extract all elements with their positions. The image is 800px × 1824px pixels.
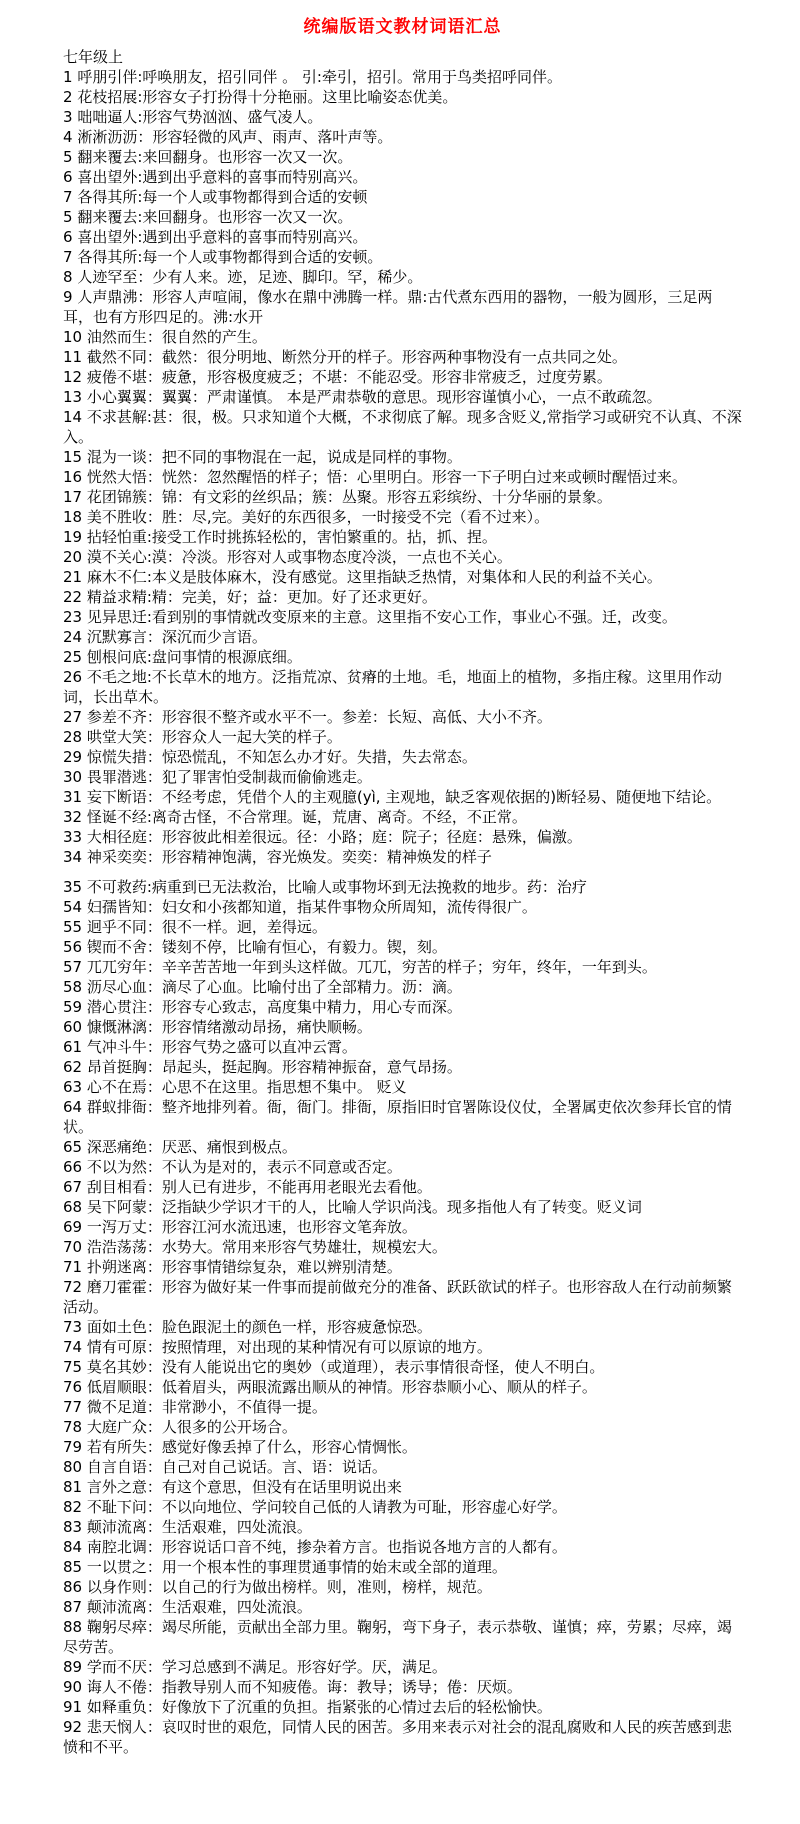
entry: 79 若有所失：感觉好像丢掉了什么，形容心情惆怅。 (63, 1437, 742, 1457)
entry: 70 浩浩荡荡：水势大。常用来形容气势雄壮，规模宏大。 (63, 1237, 742, 1257)
entry: 10 油然而生：很自然的产生。 (63, 327, 742, 347)
entry: 83 颠沛流离：生活艰难，四处流浪。 (63, 1517, 742, 1537)
entry-number: 58 (63, 978, 82, 996)
entry: 19 拈轻怕重:接受工作时挑拣轻松的，害怕繁重的。拈，抓、捏。 (63, 527, 742, 547)
entry-number: 74 (63, 1338, 82, 1356)
entry-text: 精益求精:精：完美，好；益：更加。好了还求更好。 (87, 588, 437, 606)
entry: 28 哄堂大笑：形容众人一起大笑的样子。 (63, 727, 742, 747)
entry: 4 淅淅沥沥：形容轻微的风声、雨声、落叶声等。 (63, 127, 742, 147)
entry-number: 7 (63, 248, 73, 266)
entry: 62 昂首挺胸：昂起头，挺起胸。形容精神振奋，意气昂扬。 (63, 1057, 742, 1077)
entry-number: 80 (63, 1458, 82, 1476)
entry-number: 82 (63, 1498, 82, 1516)
entry: 6 喜出望外:遇到出乎意料的喜事而特别高兴。 (63, 167, 742, 187)
entry-text: 沉默寡言：深沉而少言语。 (87, 628, 267, 646)
entry-number: 3 (63, 108, 73, 126)
entry: 85 一以贯之：用一个根本性的事理贯通事情的始末或全部的道理。 (63, 1557, 742, 1577)
entry-number: 87 (63, 1598, 82, 1616)
entry: 66 不以为然：不认为是对的，表示不同意或否定。 (63, 1157, 742, 1177)
entry: 34 神采奕奕：形容精神饱满，容光焕发。奕奕：精神焕发的样子 (63, 847, 742, 867)
entry: 26 不毛之地:不长草木的地方。泛指荒凉、贫瘠的土地。毛，地面上的植物，多指庄稼… (63, 667, 742, 707)
entry: 68 吴下阿蒙：泛指缺少学识才干的人，比喻人学识尚浅。现多指他人有了转变。贬义词 (63, 1197, 742, 1217)
entry-number: 86 (63, 1578, 82, 1596)
entry-number: 77 (63, 1398, 82, 1416)
entry: 55 迥乎不同：很不一样。迥，差得远。 (63, 917, 742, 937)
entry-text: 小心翼翼：翼翼：严肃谨慎。 本是严肃恭敬的意思。现形容谨慎小心，一点不敢疏忽。 (87, 388, 662, 406)
entry-text: 妄下断语：不经考虑，凭借个人的主观臆(yì, 主观地，缺乏客观依据的)断轻易、随… (87, 788, 721, 806)
entry: 9 人声鼎沸：形容人声喧闹，像水在鼎中沸腾一样。鼎:古代煮东西用的器物，一般为圆… (63, 287, 742, 327)
entry-text: 不求甚解:甚：很，极。只求知道个大概，不求彻底了解。现多含贬义,常指学习或研究不… (63, 408, 742, 446)
entry-text: 参差不齐：形容很不整齐或水平不一。参差：长短、高低、大小不齐。 (87, 708, 552, 726)
entry-text: 鞠躬尽瘁：竭尽所能，贡献出全部力里。鞠躬，弯下身子，表示恭敬、谨慎；瘁，劳累；尽… (63, 1618, 732, 1656)
entry: 84 南腔北调：形容说话口音不纯，掺杂着方言。也指说各地方言的人都有。 (63, 1537, 742, 1557)
entry-text: 沥尽心血：滴尽了心血。比喻付出了全部精力。沥：滴。 (87, 978, 462, 996)
entry: 54 妇孺皆知：妇女和小孩都知道，指某件事物众所周知，流传得很广。 (63, 897, 742, 917)
entry-text: 不以为然：不认为是对的，表示不同意或否定。 (87, 1158, 402, 1176)
entry: 33 大相径庭：形容彼此相差很远。径：小路；庭：院子；径庭：悬殊，偏激。 (63, 827, 742, 847)
entry-number: 68 (63, 1198, 82, 1216)
entry-text: 扑朔迷离：形容事情错综复杂，难以辨别清楚。 (87, 1258, 402, 1276)
entry-text: 美不胜收：胜：尽,完。美好的东西很多，一时接受不完（看不过来）。 (87, 508, 549, 526)
entry: 23 见异思迁:看到别的事情就改变原来的主意。这里指不安心工作，事业心不强。迁，… (63, 607, 742, 627)
entry-number: 92 (63, 1718, 82, 1736)
entry-text: 大庭广众：人很多的公开场合。 (87, 1418, 297, 1436)
entry-text: 以身作则：以自己的行为做出榜样。则，准则，榜样，规范。 (87, 1578, 492, 1596)
entry-number: 24 (63, 628, 82, 646)
entry-number: 35 (63, 878, 82, 896)
entry: 78 大庭广众：人很多的公开场合。 (63, 1417, 742, 1437)
entry-text: 群蚁排衙：整齐地排列着。衙，衙门。排衙，原指旧时官署陈设仪仗，全署属吏依次参拜长… (63, 1098, 732, 1136)
entry: 72 磨刀霍霍：形容为做好某一件事而提前做充分的准备、跃跃欲试的样子。也形容敌人… (63, 1277, 742, 1317)
entry: 60 慷慨淋漓：形容情绪激动昂扬，痛快顺畅。 (63, 1017, 742, 1037)
entry-text: 人声鼎沸：形容人声喧闹，像水在鼎中沸腾一样。鼎:古代煮东西用的器物，一般为圆形，… (63, 288, 712, 326)
entry-number: 54 (63, 898, 82, 916)
entry-text: 喜出望外:遇到出乎意料的喜事而特别高兴。 (77, 168, 367, 186)
entry-text: 呼朋引伴:呼唤朋友，招引同伴 。 引:牵引，招引。常用于鸟类招呼同伴。 (77, 68, 562, 86)
entry: 12 疲倦不堪：疲惫，形容极度疲乏；不堪：不能忍受。形容非常疲乏，过度劳累。 (63, 367, 742, 387)
entry: 15 混为一谈：把不同的事物混在一起，说成是同样的事物。 (63, 447, 742, 467)
entry-number: 31 (63, 788, 82, 806)
entry-text: 言外之意：有这个意思，但没有在话里明说出来 (87, 1478, 402, 1496)
entry: 16 恍然大悟：恍然：忽然醒悟的样子；悟：心里明白。形容一下子明白过来或顿时醒悟… (63, 467, 742, 487)
entry-text: 南腔北调：形容说话口音不纯，掺杂着方言。也指说各地方言的人都有。 (87, 1538, 567, 1556)
entry-number: 6 (63, 228, 73, 246)
entry-number: 21 (63, 568, 82, 586)
entry-text: 各得其所:每一个人或事物都得到合适的安顿 (77, 188, 367, 206)
entry-text: 怪诞不经:离奇古怪，不合常理。诞，荒唐、离奇。不经，不正常。 (87, 808, 527, 826)
entry-number: 65 (63, 1138, 82, 1156)
entry-number: 10 (63, 328, 82, 346)
entry-text: 若有所失：感觉好像丢掉了什么，形容心情惆怅。 (87, 1438, 417, 1456)
entry-text: 恍然大悟：恍然：忽然醒悟的样子；悟：心里明白。形容一下子明白过来或顿时醒悟过来。 (87, 468, 687, 486)
entry: 3 咄咄逼人:形容气势汹汹、盛气凌人。 (63, 107, 742, 127)
entry: 80 自言自语：自己对自己说话。言、语：说话。 (63, 1457, 742, 1477)
entry: 7 各得其所:每一个人或事物都得到合适的安顿 (63, 187, 742, 207)
entry-number: 90 (63, 1678, 82, 1696)
entry: 27 参差不齐：形容很不整齐或水平不一。参差：长短、高低、大小不齐。 (63, 707, 742, 727)
entry: 69 一泻万丈：形容江河水流迅速，也形容文笔奔放。 (63, 1217, 742, 1237)
entry-number: 59 (63, 998, 82, 1016)
entry-text: 花枝招展:形容女子打扮得十分艳丽。这里比喻姿态优美。 (77, 88, 457, 106)
entry-text: 油然而生：很自然的产生。 (87, 328, 267, 346)
entry-text: 不可救药:病重到已无法救治，比喻人或事物坏到无法挽救的地步。药：治疗 (87, 878, 587, 896)
entry-number: 89 (63, 1658, 82, 1676)
document-title: 统编版语文教材词语汇总 (63, 16, 742, 38)
entry-text: 不耻下问：不以向地位、学问较自己低的人请教为可耻，形容虚心好学。 (87, 1498, 567, 1516)
entry-number: 91 (63, 1698, 82, 1716)
entry-number: 72 (63, 1278, 82, 1296)
entry-text: 翻来覆去:来回翻身。也形容一次又一次。 (77, 208, 352, 226)
entry-number: 85 (63, 1558, 82, 1576)
entry-text: 诲人不倦：指教导别人而不知疲倦。诲：教导；诱导；倦：厌烦。 (87, 1678, 522, 1696)
entry-text: 低眉顺眼：低着眉头，两眼流露出顺从的神情。形容恭顺小心、顺从的样子。 (87, 1378, 597, 1396)
entry-number: 8 (63, 268, 73, 286)
entry-text: 昂首挺胸：昂起头，挺起胸。形容精神振奋，意气昂扬。 (87, 1058, 462, 1076)
entry-text: 疲倦不堪：疲惫，形容极度疲乏；不堪：不能忍受。形容非常疲乏，过度劳累。 (87, 368, 612, 386)
entry-number: 22 (63, 588, 82, 606)
entry-text: 慷慨淋漓：形容情绪激动昂扬，痛快顺畅。 (87, 1018, 372, 1036)
entry-number: 78 (63, 1418, 82, 1436)
entry-number: 9 (63, 288, 73, 306)
entry-number: 15 (63, 448, 82, 466)
entry: 82 不耻下问：不以向地位、学问较自己低的人请教为可耻，形容虚心好学。 (63, 1497, 742, 1517)
entry-text: 莫名其妙：没有人能说出它的奥妙（或道理），表示事情很奇怪，使人不明白。 (87, 1358, 605, 1376)
entry-number: 1 (63, 68, 73, 86)
entry: 17 花团锦簇：锦：有文彩的丝织品；簇：丛聚。形容五彩缤纷、十分华丽的景象。 (63, 487, 742, 507)
entry-number: 16 (63, 468, 82, 486)
entry-number: 18 (63, 508, 82, 526)
entry: 65 深恶痛绝：厌恶、痛恨到极点。 (63, 1137, 742, 1157)
entry: 92 悲天悯人：哀叹时世的艰危，同情人民的困苦。多用来表示对社会的混乱腐败和人民… (63, 1717, 742, 1757)
entry: 30 畏罪潜逃：犯了罪害怕受制裁而偷偷逃走。 (63, 767, 742, 787)
entry: 73 面如土色：脸色跟泥土的颜色一样，形容疲惫惊恐。 (63, 1317, 742, 1337)
entry-number: 73 (63, 1318, 82, 1336)
entry: 14 不求甚解:甚：很，极。只求知道个大概，不求彻底了解。现多含贬义,常指学习或… (63, 407, 742, 447)
entry-number: 11 (63, 348, 82, 366)
entry-text: 微不足道：非常渺小，不值得一提。 (87, 1398, 327, 1416)
entry-number: 66 (63, 1158, 82, 1176)
entry-number: 55 (63, 918, 82, 936)
entry-number: 29 (63, 748, 82, 766)
entry: 87 颠沛流离：生活艰难，四处流浪。 (63, 1597, 742, 1617)
entry: 20 漠不关心:漠：冷淡。形容对人或事物态度冷淡，一点也不关心。 (63, 547, 742, 567)
entry-number: 4 (63, 128, 73, 146)
entry: 32 怪诞不经:离奇古怪，不合常理。诞，荒唐、离奇。不经，不正常。 (63, 807, 742, 827)
entry: 67 刮目相看：别人已有进步，不能再用老眼光去看他。 (63, 1177, 742, 1197)
entry-number: 81 (63, 1478, 82, 1496)
entry: 77 微不足道：非常渺小，不值得一提。 (63, 1397, 742, 1417)
entry-number: 76 (63, 1378, 82, 1396)
entry-number: 27 (63, 708, 82, 726)
entry-number: 17 (63, 488, 82, 506)
entry-text: 颠沛流离：生活艰难，四处流浪。 (87, 1598, 312, 1616)
entry: 61 气冲斗牛：形容气势之盛可以直冲云霄。 (63, 1037, 742, 1057)
entry: 5 翻来覆去:来回翻身。也形容一次又一次。 (63, 147, 742, 167)
entry-list: 1 呼朋引伴:呼唤朋友，招引同伴 。 引:牵引，招引。常用于鸟类招呼同伴。2 花… (63, 67, 742, 1757)
entry-text: 妇孺皆知：妇女和小孩都知道，指某件事物众所周知，流传得很广。 (87, 898, 537, 916)
entry: 8 人迹罕至：少有人来。迹，足迹、脚印。罕，稀少。 (63, 267, 742, 287)
entry: 88 鞠躬尽瘁：竭尽所能，贡献出全部力里。鞠躬，弯下身子，表示恭敬、谨慎；瘁，劳… (63, 1617, 742, 1657)
entry-number: 88 (63, 1618, 82, 1636)
entry-text: 悲天悯人：哀叹时世的艰危，同情人民的困苦。多用来表示对社会的混乱腐败和人民的疾苦… (63, 1718, 732, 1756)
entry-text: 吴下阿蒙：泛指缺少学识才干的人，比喻人学识尚浅。现多指他人有了转变。贬义词 (87, 1198, 642, 1216)
entry-number: 30 (63, 768, 82, 786)
entry-text: 迥乎不同：很不一样。迥，差得远。 (87, 918, 327, 936)
entry-text: 不毛之地:不长草木的地方。泛指荒凉、贫瘠的土地。毛，地面上的植物，多指庄稼。这里… (63, 668, 722, 706)
entry-text: 浩浩荡荡：水势大。常用来形容气势雄壮，规模宏大。 (87, 1238, 447, 1256)
entry: 11 截然不同：截然：很分明地、断然分开的样子。形容两种事物没有一点共同之处。 (63, 347, 742, 367)
entry-text: 兀兀穷年：辛辛苦苦地一年到头这样做。兀兀，穷苦的样子；穷年，终年，一年到头。 (87, 958, 657, 976)
entry: 31 妄下断语：不经考虑，凭借个人的主观臆(yì, 主观地，缺乏客观依据的)断轻… (63, 787, 742, 807)
entry: 29 惊慌失措：惊恐慌乱，不知怎么办才好。失措，失去常态。 (63, 747, 742, 767)
entry-number: 2 (63, 88, 73, 106)
entry: 7 各得其所:每一个人或事物都得到合适的安顿。 (63, 247, 742, 267)
entry-text: 心不在焉：心思不在这里。指思想不集中。 贬义 (87, 1078, 407, 1096)
entry-number: 75 (63, 1358, 82, 1376)
entry-text: 喜出望外:遇到出乎意料的喜事而特别高兴。 (77, 228, 367, 246)
entry-text: 花团锦簇：锦：有文彩的丝织品；簇：丛聚。形容五彩缤纷、十分华丽的景象。 (87, 488, 612, 506)
entry-number: 25 (63, 648, 82, 666)
entry-text: 气冲斗牛：形容气势之盛可以直冲云霄。 (87, 1038, 357, 1056)
entry-text: 拈轻怕重:接受工作时挑拣轻松的，害怕繁重的。拈，抓、捏。 (87, 528, 497, 546)
entry-number: 32 (63, 808, 82, 826)
entry-number: 33 (63, 828, 82, 846)
entry: 76 低眉顺眼：低着眉头，两眼流露出顺从的神情。形容恭顺小心、顺从的样子。 (63, 1377, 742, 1397)
entry-text: 锲而不舍：镂刻不停，比喻有恒心，有毅力。锲，刻。 (87, 938, 447, 956)
entry-number: 67 (63, 1178, 82, 1196)
entry-number: 84 (63, 1538, 82, 1556)
section-heading: 七年级上 (63, 47, 742, 67)
entry: 56 锲而不舍：镂刻不停，比喻有恒心，有毅力。锲，刻。 (63, 937, 742, 957)
entry-number: 60 (63, 1018, 82, 1036)
entry: 5 翻来覆去:来回翻身。也形容一次又一次。 (63, 207, 742, 227)
entry: 63 心不在焉：心思不在这里。指思想不集中。 贬义 (63, 1077, 742, 1097)
entry-number: 71 (63, 1258, 82, 1276)
entry-text: 翻来覆去:来回翻身。也形容一次又一次。 (77, 148, 352, 166)
entry-text: 深恶痛绝：厌恶、痛恨到极点。 (87, 1138, 297, 1156)
entry-text: 磨刀霍霍：形容为做好某一件事而提前做充分的准备、跃跃欲试的样子。也形容敌人在行动… (63, 1278, 732, 1316)
entry: 57 兀兀穷年：辛辛苦苦地一年到头这样做。兀兀，穷苦的样子；穷年，终年，一年到头… (63, 957, 742, 977)
entry: 2 花枝招展:形容女子打扮得十分艳丽。这里比喻姿态优美。 (63, 87, 742, 107)
entry-number: 79 (63, 1438, 82, 1456)
entry-text: 一以贯之：用一个根本性的事理贯通事情的始末或全部的道理。 (87, 1558, 507, 1576)
entry: 1 呼朋引伴:呼唤朋友，招引同伴 。 引:牵引，招引。常用于鸟类招呼同伴。 (63, 67, 742, 87)
entry-number: 28 (63, 728, 82, 746)
entry-text: 大相径庭：形容彼此相差很远。径：小路；庭：院子；径庭：悬殊，偏激。 (87, 828, 582, 846)
entry-text: 混为一谈：把不同的事物混在一起，说成是同样的事物。 (87, 448, 462, 466)
entry-number: 56 (63, 938, 82, 956)
entry-text: 刨根问底:盘问事情的根源底细。 (87, 648, 302, 666)
entry-number: 69 (63, 1218, 82, 1236)
entry-number: 14 (63, 408, 82, 426)
entry: 64 群蚁排衙：整齐地排列着。衙，衙门。排衙，原指旧时官署陈设仪仗，全署属吏依次… (63, 1097, 742, 1137)
entry: 35 不可救药:病重到已无法救治，比喻人或事物坏到无法挽救的地步。药：治疗 (63, 877, 742, 897)
entry-text: 潜心贯注：形容专心致志，高度集中精力，用心专而深。 (87, 998, 462, 1016)
entry: 18 美不胜收：胜：尽,完。美好的东西很多，一时接受不完（看不过来）。 (63, 507, 742, 527)
entry-number: 12 (63, 368, 82, 386)
entry-number: 26 (63, 668, 82, 686)
entry: 59 潜心贯注：形容专心致志，高度集中精力，用心专而深。 (63, 997, 742, 1017)
entry: 74 情有可原：按照情理，对出现的某种情况有可以原谅的地方。 (63, 1337, 742, 1357)
entry-number: 34 (63, 848, 82, 866)
entry-text: 如释重负：好像放下了沉重的负担。指紧张的心情过去后的轻松愉快。 (87, 1698, 552, 1716)
entry: 25 刨根问底:盘问事情的根源底细。 (63, 647, 742, 667)
entry-number: 6 (63, 168, 73, 186)
entry-text: 畏罪潜逃：犯了罪害怕受制裁而偷偷逃走。 (87, 768, 372, 786)
entry-number: 57 (63, 958, 82, 976)
entry-number: 13 (63, 388, 82, 406)
entry: 91 如释重负：好像放下了沉重的负担。指紧张的心情过去后的轻松愉快。 (63, 1697, 742, 1717)
entry-text: 一泻万丈：形容江河水流迅速，也形容文笔奔放。 (87, 1218, 417, 1236)
entry-text: 见异思迁:看到别的事情就改变原来的主意。这里指不安心工作，事业心不强。迁，改变。 (87, 608, 677, 626)
entry: 71 扑朔迷离：形容事情错综复杂，难以辨别清楚。 (63, 1257, 742, 1277)
entry: 58 沥尽心血：滴尽了心血。比喻付出了全部精力。沥：滴。 (63, 977, 742, 997)
entry-number: 61 (63, 1038, 82, 1056)
entry-number: 7 (63, 188, 73, 206)
entry-text: 哄堂大笑：形容众人一起大笑的样子。 (87, 728, 342, 746)
entry-text: 漠不关心:漠：冷淡。形容对人或事物态度冷淡，一点也不关心。 (87, 548, 512, 566)
page: { "page": { "title": "统编版语文教材词语汇总", "tit… (0, 0, 800, 1824)
entry: 13 小心翼翼：翼翼：严肃谨慎。 本是严肃恭敬的意思。现形容谨慎小心，一点不敢疏… (63, 387, 742, 407)
entry-number: 19 (63, 528, 82, 546)
entry-text: 咄咄逼人:形容气势汹汹、盛气凌人。 (77, 108, 322, 126)
entry-number: 5 (63, 148, 73, 166)
entry-text: 人迹罕至：少有人来。迹，足迹、脚印。罕，稀少。 (77, 268, 422, 286)
entry-text: 情有可原：按照情理，对出现的某种情况有可以原谅的地方。 (87, 1338, 492, 1356)
entry-text: 颠沛流离：生活艰难，四处流浪。 (87, 1518, 312, 1536)
entry-number: 23 (63, 608, 82, 626)
entry-text: 刮目相看：别人已有进步，不能再用老眼光去看他。 (87, 1178, 432, 1196)
entry-number: 63 (63, 1078, 82, 1096)
entry: 90 诲人不倦：指教导别人而不知疲倦。诲：教导；诱导；倦：厌烦。 (63, 1677, 742, 1697)
entry-number: 62 (63, 1058, 82, 1076)
entry-text: 淅淅沥沥：形容轻微的风声、雨声、落叶声等。 (77, 128, 392, 146)
entry-number: 70 (63, 1238, 82, 1256)
entry-text: 自言自语：自己对自己说话。言、语：说话。 (87, 1458, 387, 1476)
entry-text: 学而不厌：学习总感到不满足。形容好学。厌，满足。 (87, 1658, 447, 1676)
entry: 22 精益求精:精：完美，好；益：更加。好了还求更好。 (63, 587, 742, 607)
entry-number: 83 (63, 1518, 82, 1536)
entry: 6 喜出望外:遇到出乎意料的喜事而特别高兴。 (63, 227, 742, 247)
entry-text: 截然不同：截然：很分明地、断然分开的样子。形容两种事物没有一点共同之处。 (87, 348, 627, 366)
entry: 21 麻木不仁:本义是肢体麻木，没有感觉。这里指缺乏热情，对集体和人民的利益不关… (63, 567, 742, 587)
entry: 24 沉默寡言：深沉而少言语。 (63, 627, 742, 647)
entry-text: 面如土色：脸色跟泥土的颜色一样，形容疲惫惊恐。 (87, 1318, 432, 1336)
entry: 81 言外之意：有这个意思，但没有在话里明说出来 (63, 1477, 742, 1497)
entry-text: 神采奕奕：形容精神饱满，容光焕发。奕奕：精神焕发的样子 (87, 848, 492, 866)
entry-number: 20 (63, 548, 82, 566)
entry: 75 莫名其妙：没有人能说出它的奥妙（或道理），表示事情很奇怪，使人不明白。 (63, 1357, 742, 1377)
entry: 86 以身作则：以自己的行为做出榜样。则，准则，榜样，规范。 (63, 1577, 742, 1597)
entry-text: 麻木不仁:本义是肢体麻木，没有感觉。这里指缺乏热情，对集体和人民的利益不关心。 (87, 568, 662, 586)
entry: 89 学而不厌：学习总感到不满足。形容好学。厌，满足。 (63, 1657, 742, 1677)
entry-text: 惊慌失措：惊恐慌乱，不知怎么办才好。失措，失去常态。 (87, 748, 477, 766)
entry-number: 5 (63, 208, 73, 226)
document: 统编版语文教材词语汇总 七年级上 1 呼朋引伴:呼唤朋友，招引同伴 。 引:牵引… (0, 0, 800, 1824)
entry-number: 64 (63, 1098, 82, 1116)
entry-text: 各得其所:每一个人或事物都得到合适的安顿。 (77, 248, 382, 266)
